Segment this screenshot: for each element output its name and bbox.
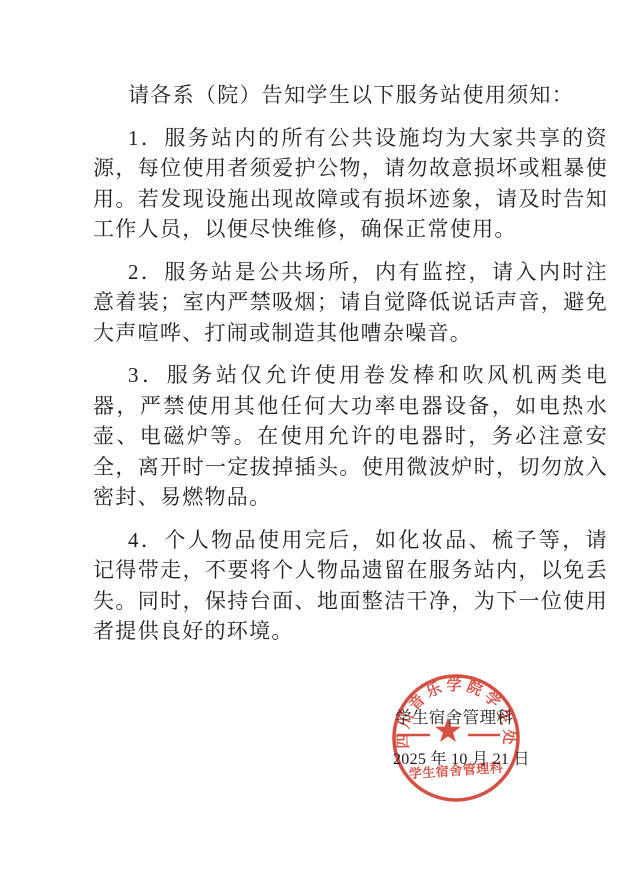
notice-body: 请各系（院）告知学生以下服务站使用须知： 1．服务站内的所有公共设施均为大家共享… — [93, 80, 608, 659]
notice-item-4: 4．个人物品使用完后，如化妆品、梳子等，请记得带走，不要将个人物品遗留在服务站内… — [93, 525, 608, 647]
notice-item-1: 1．服务站内的所有公共设施均为大家共享的资源，每位使用者须爱护公物，请勿故意损坏… — [93, 123, 608, 245]
notice-item-3: 3．服务站仅允许使用卷发棒和吹风机两类电器，严禁使用其他任何大功率电器设备，如电… — [93, 360, 608, 513]
notice-intro: 请各系（院）告知学生以下服务站使用须知： — [93, 80, 608, 111]
seal-ring — [394, 676, 518, 800]
notice-item-2: 2．服务站是公共场所，内有监控，请入内时注意着装；室内严禁吸烟；请自觉降低说话声… — [93, 257, 608, 349]
document-page: 请各系（院）告知学生以下服务站使用须知： 1．服务站内的所有公共设施均为大家共享… — [0, 0, 623, 880]
signature-date: 2025 年 10 月 21 日 — [393, 746, 530, 769]
signature-department: 学生宿舍管理科 — [395, 704, 513, 728]
official-seal: 四川音乐学院学生处 学生宿舍管理科 — [390, 672, 522, 804]
